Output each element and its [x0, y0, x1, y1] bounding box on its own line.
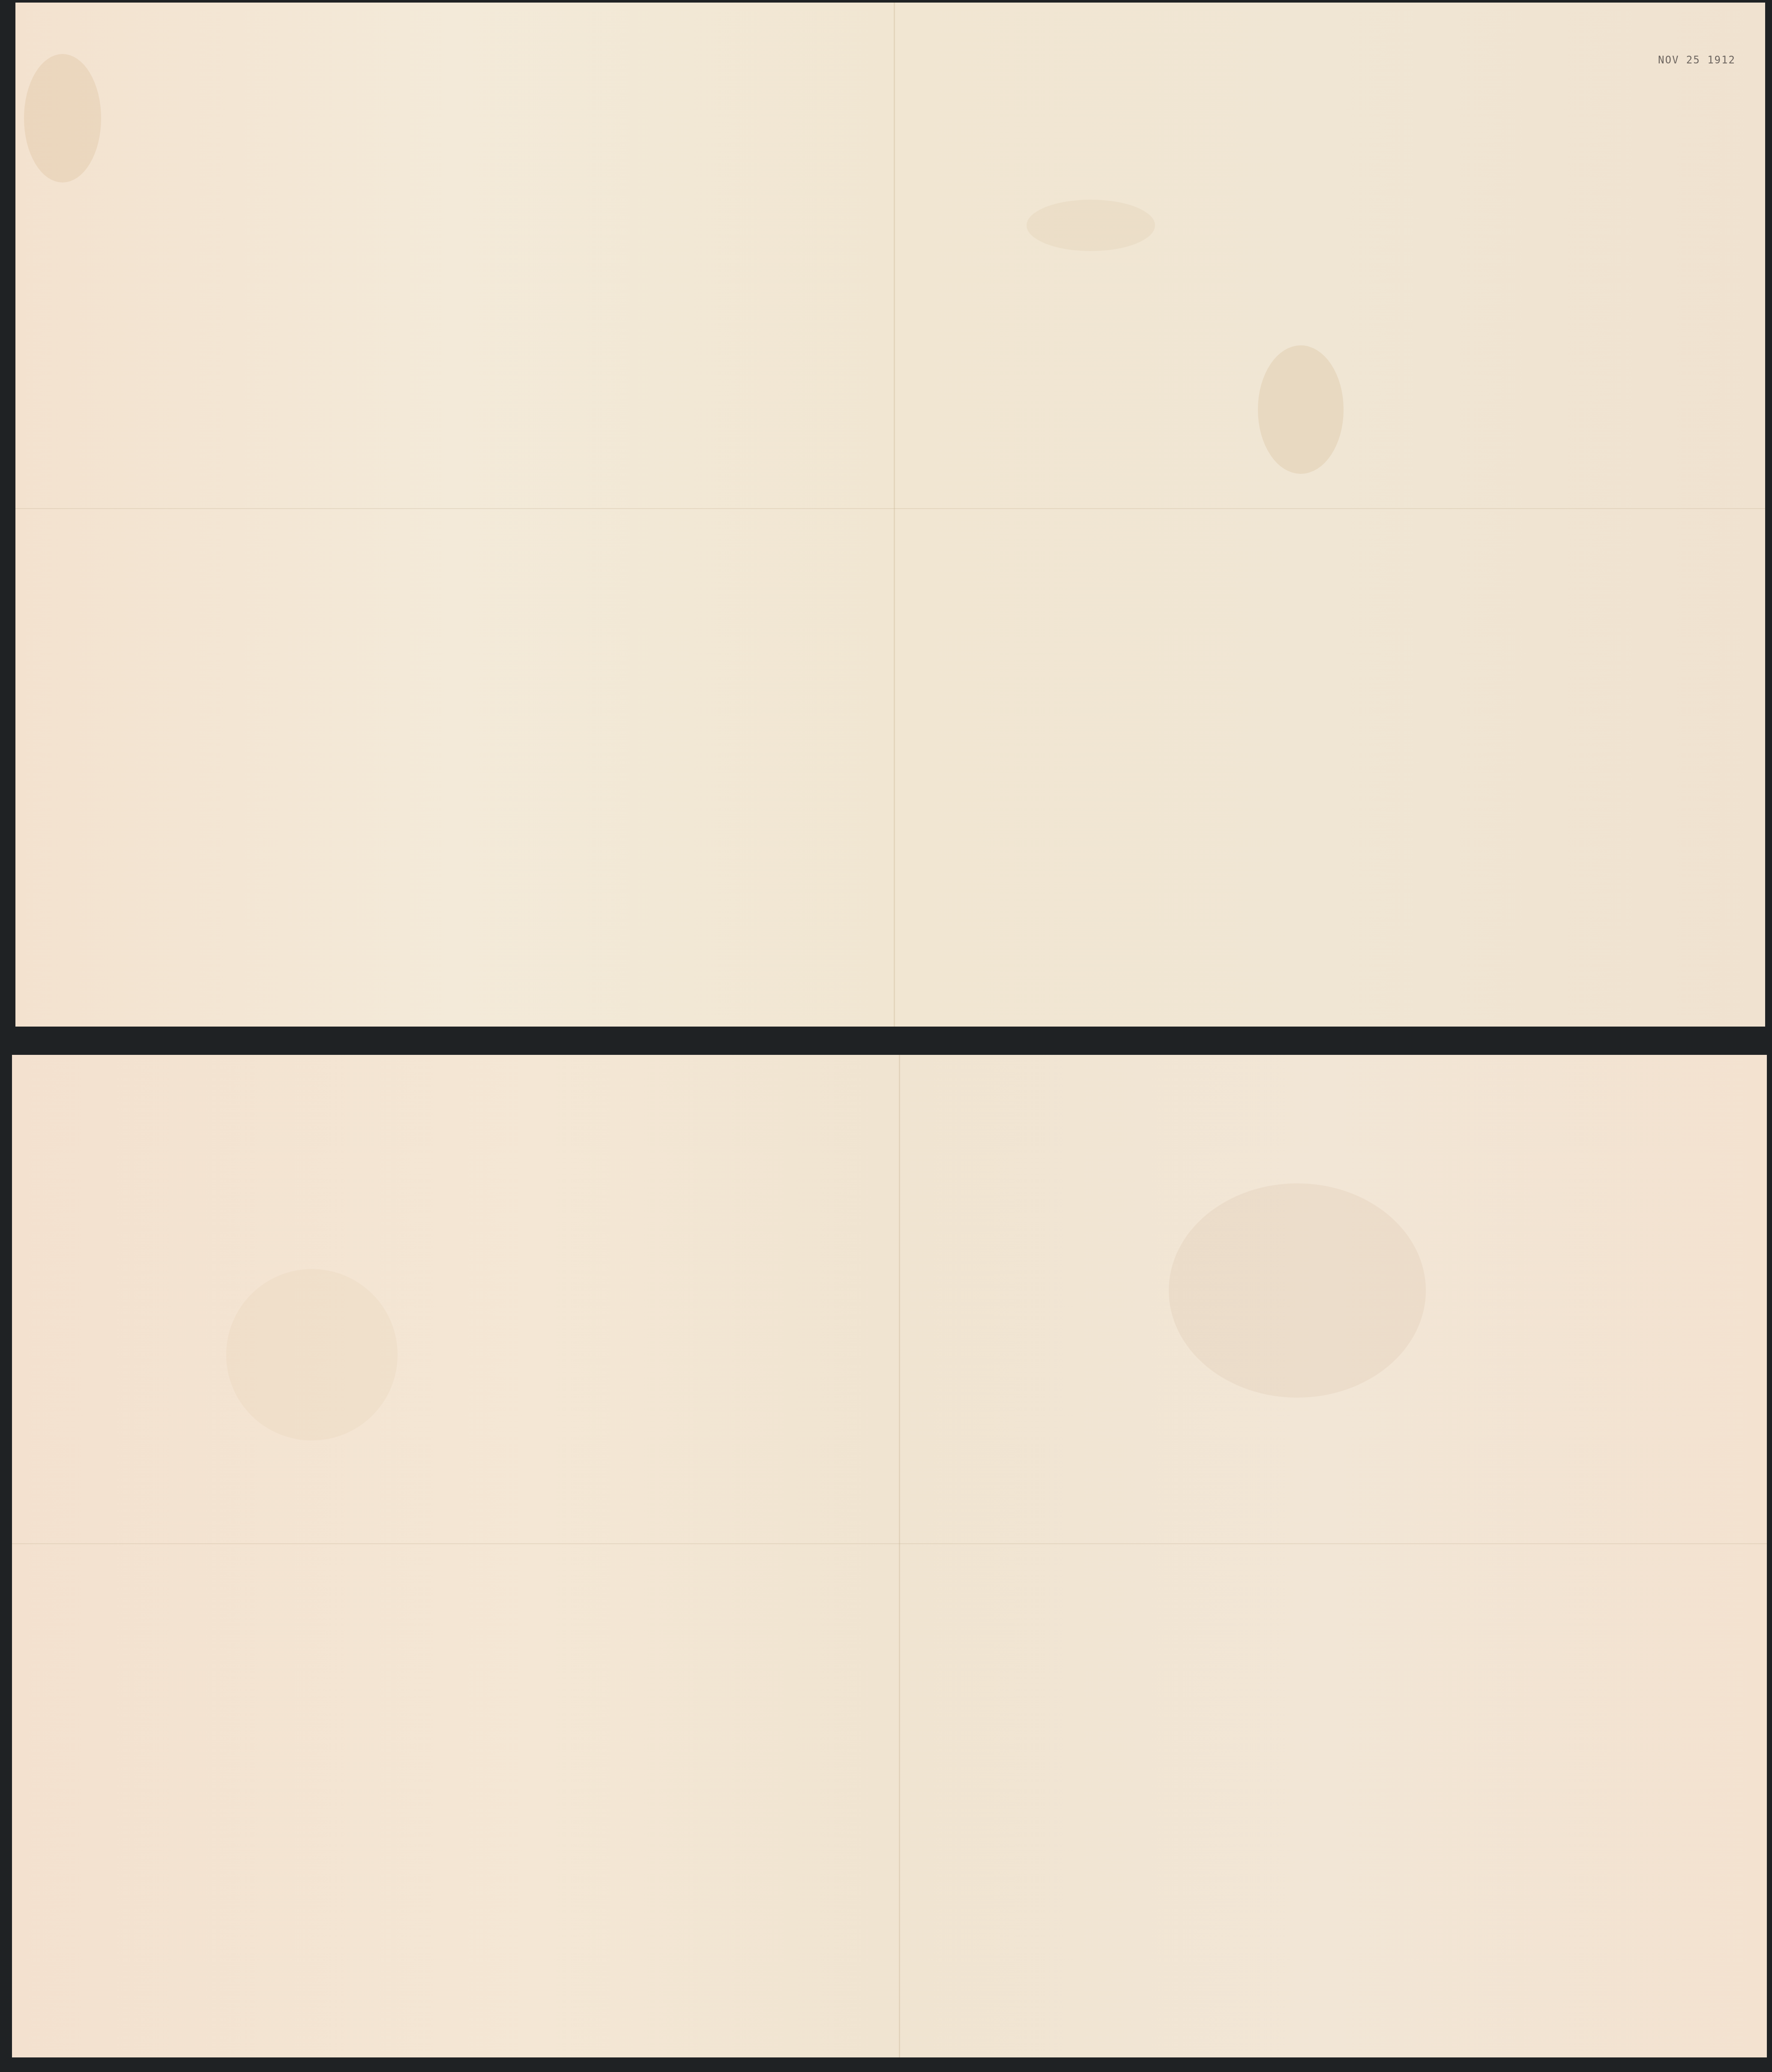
paper-sheet-bottom	[12, 1055, 1767, 2057]
paper-sheet-top	[15, 3, 1765, 1027]
fold-line-horizontal	[15, 508, 1765, 509]
stain	[24, 54, 101, 183]
stain	[1258, 345, 1344, 474]
stain	[1027, 200, 1155, 251]
fold-line-vertical	[894, 3, 895, 1027]
stain	[1169, 1183, 1426, 1398]
date-stamp: NOV 25 1912	[1658, 54, 1736, 66]
stain	[226, 1269, 398, 1440]
fold-line-vertical	[899, 1055, 900, 2057]
fold-line-horizontal	[12, 1543, 1767, 1544]
